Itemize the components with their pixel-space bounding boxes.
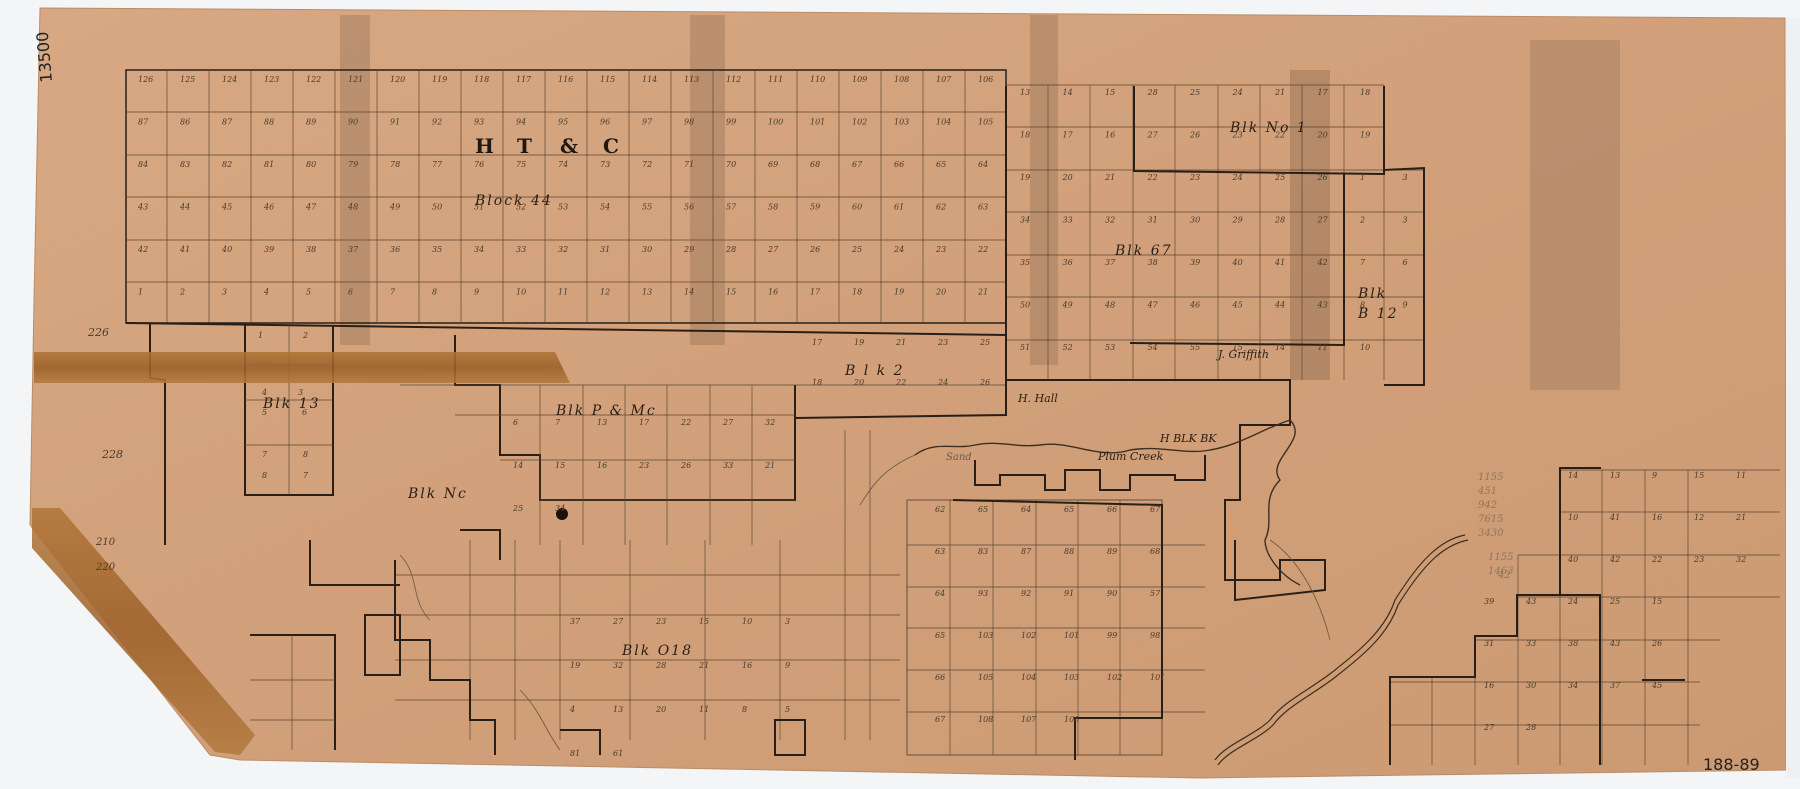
section-number: 18 [812,378,822,387]
pencil-sum: 7615 [1478,514,1503,525]
section-number: 16 [597,461,607,470]
section-number: 87 [222,118,233,127]
section-number: 14 [1275,343,1285,352]
section-number: 59 [810,203,820,212]
survey-220: 220 [95,562,116,573]
section-number: 50 [432,203,442,212]
section-number: 9 [1403,301,1408,310]
section-number: 101 [1150,673,1165,682]
section-number: 28 [1525,723,1536,732]
section-number: 78 [390,160,400,169]
section-number: 44 [1274,301,1285,310]
section-number: 86 [180,118,190,127]
section-number: 9 [474,288,479,297]
section-number: 111 [768,75,783,84]
section-number: 54 [600,203,610,212]
section-number: 107 [1021,715,1037,724]
section-number: 37 [570,617,581,626]
section-number: 74 [558,160,568,169]
section-number: 121 [348,75,363,84]
section-number: 63 [935,547,945,556]
section-number: 10 [742,617,752,626]
section-number: 65 [1064,505,1074,514]
blk-n-label: Blk Nc [407,486,468,502]
section-number: 22 [977,245,988,254]
section-number: 92 [432,118,442,127]
section-number: 66 [935,673,945,682]
section-number: 100 [768,118,783,127]
section-number: 101 [1064,631,1079,640]
pencil-sum: 451 [1477,486,1497,497]
plum-creek-label: Plum Creek [1097,450,1164,463]
section-number: 13 [1610,471,1620,480]
section-number: 103 [978,631,993,640]
section-number: 63 [978,203,988,212]
section-number: 45 [1651,681,1662,690]
section-number: 42 [1317,258,1328,267]
section-number: 3 [298,388,303,397]
section-number: 19 [1360,131,1370,140]
section-number: 25 [1274,173,1285,182]
section-number: 66 [894,160,904,169]
section-number: 73 [600,160,610,169]
section-number: 25 [1609,597,1620,606]
section-number: 107 [936,75,952,84]
section-number: 20 [655,705,666,714]
section-number: 27 [767,245,779,254]
section-number: 39 [1484,597,1494,606]
section-number: 90 [348,118,358,127]
section-number: 15 [555,461,565,470]
section-number: 50 [1020,301,1030,310]
section-number: 116 [558,75,573,84]
section-number: 60 [852,203,862,212]
section-number: 37 [1105,258,1116,267]
section-number: 84 [138,160,148,169]
section-number: 11 [558,288,568,297]
section-number: 4 [569,705,575,714]
railroad-letter-t: T [517,134,532,158]
section-number: 32 [613,661,623,670]
section-number: 26 [1651,639,1662,648]
section-number: 23 [937,338,948,347]
section-number: 97 [642,118,653,127]
section-number: 46 [263,203,274,212]
survey-226: 226 [87,326,109,339]
section-number: 25 [979,338,990,347]
section-number: 14 [1063,88,1073,97]
section-number: 2 [1359,216,1365,225]
section-number: 105 [978,673,993,682]
section-number: 24 [1567,597,1578,606]
section-number: 40 [1232,258,1243,267]
section-number: 43 [1609,639,1620,648]
block-44-label: Block 44 [474,193,553,209]
section-number: 65 [935,631,945,640]
section-number: 3 [1403,216,1408,225]
catalog-number-bottom-right: 188-89 [1703,755,1760,774]
section-number: 41 [179,245,190,254]
section-number: 23 [1693,555,1704,564]
section-number: 47 [1147,301,1159,310]
section-number: 87 [138,118,149,127]
section-number: 47 [305,203,317,212]
section-number: 27 [612,617,624,626]
section-number: 28 [1274,216,1285,225]
section-number: 92 [1021,589,1031,598]
section-number: 21 [1104,173,1115,182]
section-number: 21 [764,461,775,470]
survey-map-canvas: H T & C Block 44 Blk No 1 Blk 67 B l k 2… [0,0,1800,789]
section-number: 17 [810,288,821,297]
section-number: 102 [852,118,867,127]
section-number: 32 [765,418,775,427]
section-number: 15 [1233,343,1243,352]
section-number: 36 [390,245,400,254]
section-number: 95 [558,118,568,127]
section-number: 108 [894,75,909,84]
section-number: 39 [1190,258,1200,267]
section-number: 82 [222,160,232,169]
section-number: 122 [306,75,321,84]
section-number: 4 [261,388,267,397]
section-number: 53 [1105,343,1115,352]
section-number: 21 [895,338,906,347]
section-number: 91 [390,118,400,127]
section-number: 3 [785,617,790,626]
section-number: 16 [1652,513,1662,522]
section-number: 40 [1567,555,1578,564]
section-number: 27 [1147,131,1159,140]
section-number: 26 [1317,173,1328,182]
section-number: 34 [1568,681,1578,690]
section-number: 10 [516,288,526,297]
section-number: 26 [1189,131,1200,140]
section-number: 31 [1148,216,1158,225]
section-number: 64 [935,589,945,598]
section-number: 65 [978,505,988,514]
section-number: 18 [1360,88,1370,97]
section-number: 18 [1020,131,1030,140]
section-number: 10 [1360,343,1370,352]
section-number: 46 [1189,301,1200,310]
section-number: 26 [680,461,691,470]
section-number: 41 [1609,513,1620,522]
section-number: 45 [221,203,232,212]
section-number: 16 [768,288,778,297]
section-number: 75 [516,160,526,169]
section-number: 42 [1609,555,1620,564]
section-number: 8 [262,471,267,480]
section-number: 22 [1147,173,1158,182]
railroad-letter-c: C [603,134,619,158]
section-number: 118 [474,75,489,84]
pencil-sum: 942 [1478,500,1497,511]
section-number: 13 [613,705,623,714]
section-number: 16 [1105,131,1115,140]
section-number: 83 [978,547,988,556]
section-number: 34 [474,245,484,254]
section-number: 1 [1360,173,1365,182]
section-number: 89 [306,118,316,127]
section-number: 34 [555,504,565,513]
section-number: 91 [1064,589,1074,598]
section-number: 103 [1064,673,1079,682]
section-number: 25 [1189,88,1200,97]
section-number: 23 [1232,131,1243,140]
section-number: 2 [302,331,308,340]
section-number: 30 [642,245,652,254]
section-number: 61 [894,203,904,212]
section-number: 113 [684,75,699,84]
section-number: 5 [306,288,311,297]
section-number: 93 [474,118,484,127]
survey-228: 228 [101,448,123,461]
section-number: 36 [1063,258,1073,267]
section-number: 22 [1651,555,1662,564]
section-number: 83 [180,160,190,169]
section-number: 98 [1150,631,1160,640]
section-number: 112 [726,75,741,84]
section-number: 43 [1317,301,1328,310]
section-number: 9 [1652,471,1657,480]
blk-13-label: Blk 13 [262,396,321,412]
section-number: 102 [1021,631,1036,640]
masking-tape-horizontal [34,352,570,383]
section-number: 15 [699,617,709,626]
section-number: 21 [1274,88,1285,97]
section-number: 20 [853,378,864,387]
blk-67-label: Blk 67 [1114,243,1173,259]
section-number: 41 [1274,258,1285,267]
section-number: 27 [1483,723,1495,732]
section-number: 54 [1148,343,1158,352]
section-number: 28 [1147,88,1158,97]
section-number: 38 [306,245,316,254]
section-number: 108 [978,715,993,724]
section-number: 106 [1064,715,1079,724]
section-number: 117 [516,75,532,84]
section-number: 35 [432,245,442,254]
section-number: 68 [810,160,820,169]
section-number: 22 [1274,131,1285,140]
section-number: 66 [1107,505,1117,514]
section-number: 23 [655,617,666,626]
section-number: 33 [516,245,526,254]
section-number: 1 [258,331,263,340]
section-number: 27 [1317,216,1329,225]
section-number: 6 [1403,258,1408,267]
section-number: 15 [726,288,736,297]
section-number: 17 [812,338,823,347]
section-number: 20 [1317,131,1328,140]
section-number: 33 [723,461,733,470]
section-number: 43 [1525,597,1536,606]
section-number: 24 [1232,88,1243,97]
section-number: 89 [1107,547,1117,556]
section-number: 48 [347,203,358,212]
section-number: 15 [1694,471,1704,480]
section-number: 70 [726,160,736,169]
section-number: 19 [570,661,580,670]
section-number: 49 [389,203,400,212]
section-number: 39 [264,245,274,254]
section-number: 87 [1021,547,1032,556]
section-number: 30 [1190,216,1200,225]
section-number: 80 [306,160,316,169]
section-number: 23 [935,245,946,254]
section-number: 67 [935,715,946,724]
section-number: 98 [684,118,694,127]
section-number: 8 [742,705,747,714]
section-number: 33 [1063,216,1073,225]
section-number: 8 [432,288,437,297]
section-number: 77 [432,160,443,169]
survey-210: 210 [95,537,116,548]
section-number: 126 [138,75,153,84]
pencil-sum: 3430 [1478,528,1504,539]
section-number: 28 [725,245,736,254]
section-number: 17 [1318,88,1329,97]
railroad-letter-h: H [475,134,494,158]
blk-pmc-label: Blk P & Mc [555,403,657,419]
section-number: 13 [642,288,652,297]
section-number: 119 [432,75,447,84]
section-number: 51 [1020,343,1030,352]
section-number: 19 [854,338,864,347]
section-number: 13 [1020,88,1030,97]
railroad-letter-amp: & [560,134,578,158]
section-number: 2 [179,288,185,297]
section-number: 26 [809,245,820,254]
owner-h-hall: H. Hall [1017,392,1058,405]
section-number: 37 [1610,681,1621,690]
section-number: 52 [516,203,526,212]
section-number: 110 [810,75,825,84]
section-number: 15 [1105,88,1115,97]
section-number: 21 [977,288,988,297]
pencil-sum: 42 [1497,570,1511,581]
section-number: 16 [742,661,752,670]
section-number: 57 [726,203,737,212]
section-number: 11 [1318,343,1328,352]
section-number: 24 [1232,173,1243,182]
section-number: 6 [302,408,307,417]
pencil-sum: 1155 [1478,472,1503,483]
section-number: 58 [768,203,778,212]
section-number: 38 [1568,639,1578,648]
section-number: 65 [936,160,946,169]
section-number: 43 [137,203,148,212]
section-number: 94 [516,118,526,127]
section-number: 23 [1189,173,1200,182]
section-number: 120 [390,75,405,84]
section-number: 8 [1360,301,1365,310]
section-number: 105 [978,118,993,127]
section-number: 16 [1484,681,1494,690]
section-number: 96 [600,118,610,127]
section-number: 14 [1568,471,1578,480]
section-number: 104 [936,118,951,127]
section-number: 55 [1190,343,1200,352]
section-number: 10 [1568,513,1578,522]
section-number: 17 [639,418,650,427]
section-number: 17 [1063,131,1074,140]
section-number: 67 [852,160,863,169]
section-number: 114 [642,75,657,84]
scan-margin [1786,18,1800,778]
section-number: 104 [1021,673,1036,682]
section-number: 56 [684,203,694,212]
section-number: 103 [894,118,909,127]
pencil-sum: 1155 [1488,552,1513,563]
section-number: 49 [1062,301,1073,310]
section-number: 1 [138,288,143,297]
section-number: 88 [1064,547,1074,556]
section-number: 55 [642,203,652,212]
section-number: 29 [1232,216,1243,225]
section-number: 72 [642,160,652,169]
section-number: 29 [683,245,694,254]
section-number: 88 [264,118,274,127]
section-number: 81 [570,749,580,758]
section-number: 19 [1020,173,1030,182]
section-number: 19 [894,288,904,297]
section-number: 15 [1652,597,1662,606]
section-number: 106 [978,75,993,84]
section-number: 31 [1484,639,1494,648]
section-number: 24 [937,378,948,387]
section-number: 11 [1736,471,1746,480]
section-number: 62 [936,203,946,212]
section-number: 45 [1232,301,1243,310]
section-number: 79 [348,160,358,169]
section-number: 90 [1107,589,1117,598]
section-number: 99 [726,118,736,127]
section-number: 93 [978,589,988,598]
section-number: 8 [303,450,308,459]
section-number: 24 [893,245,904,254]
section-number: 71 [684,160,694,169]
section-number: 38 [1148,258,1158,267]
blk-2-label: B l k 2 [844,363,905,379]
section-number: 42 [137,245,148,254]
section-number: 31 [600,245,610,254]
section-number: 67 [1150,505,1161,514]
block-pindar-label: H BLK BK [1159,432,1217,445]
section-number: 22 [680,418,691,427]
section-number: 62 [935,505,945,514]
section-number: 53 [558,203,568,212]
section-number: 34 [1020,216,1030,225]
section-number: 21 [698,661,709,670]
section-number: 21 [1735,513,1746,522]
section-number: 28 [655,661,666,670]
section-number: 115 [600,75,615,84]
section-number: 26 [979,378,990,387]
section-number: 51 [474,203,484,212]
section-number: 69 [768,160,778,169]
section-number: 123 [264,75,279,84]
section-number: 9 [785,661,790,670]
section-number: 61 [613,749,623,758]
section-number: 52 [1063,343,1073,352]
section-number: 30 [1526,681,1536,690]
section-number: 3 [1403,173,1408,182]
section-number: 40 [221,245,232,254]
section-number: 27 [722,418,734,427]
section-number: 5 [785,705,790,714]
